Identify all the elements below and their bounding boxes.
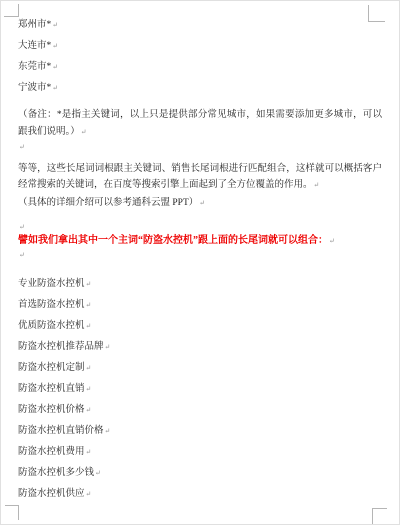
paragraph-mark: ↵	[199, 199, 205, 207]
body-paragraph-text: 等等，这些长尾词词根跟主关键词、销售长尾词根进行匹配组合，这样就可以概括客户经常…	[18, 164, 382, 190]
city-line: 东莞市*↵	[18, 57, 384, 78]
empty-paragraph: ↵	[18, 248, 384, 262]
paragraph-mark: ↵	[95, 469, 101, 477]
keyword-line-text: 防盗水控机定制	[18, 363, 85, 373]
ppt-reference-text: （具体的详细介绍可以参考通科云盟 PPT）	[18, 198, 198, 208]
keyword-line: 防盗水控机供应↵	[18, 484, 384, 505]
paragraph-mark: ↵	[19, 223, 25, 231]
keyword-line: 专业防盗水控机↵	[18, 274, 384, 295]
paragraph-mark: ↵	[105, 343, 111, 351]
keyword-line: 优质防盗水控机↵	[18, 316, 384, 337]
keyword-line-text: 防盗水控机直销价格	[18, 426, 104, 436]
city-line-text: 大连市*	[18, 41, 51, 51]
keyword-line: 首选防盗水控机↵	[18, 295, 384, 316]
text-boundary-corner-bottom-right	[372, 508, 387, 525]
keyword-line-text: 防盗水控机供应	[18, 489, 85, 499]
paragraph-mark: ↵	[86, 406, 92, 414]
keyword-line-text: 优质防盗水控机	[18, 321, 85, 331]
city-line-text: 宁波市*	[18, 83, 51, 93]
keyword-line: 防盗水控机推荐品牌↵	[18, 337, 384, 358]
highlight-heading-text: 譬如我们拿出其中一个主词“防盗水控机”跟上面的长尾词就可以组合：	[18, 235, 328, 246]
ppt-reference-paragraph: （具体的详细介绍可以参考通科云盟 PPT）↵	[18, 196, 384, 211]
document-edit-area[interactable]: 郑州市*↵ 大连市*↵ 东莞市*↵ 宁波市*↵ （备注：*是指主关键词，以上只是…	[18, 15, 384, 505]
paragraph-mark: ↵	[19, 143, 25, 151]
keyword-line-text: 防盗水控机价格	[18, 405, 85, 415]
keyword-line-text: 防盗水控机费用	[18, 447, 85, 457]
body-paragraph: 等等，这些长尾词词根跟主关键词、销售长尾词根进行匹配组合，这样就可以概括客户经常…	[18, 162, 382, 193]
city-line-text: 东莞市*	[18, 62, 51, 72]
keyword-line: 防盗水控机费用↵	[18, 442, 384, 463]
paragraph-mark: ↵	[81, 128, 87, 136]
city-line: 宁波市*↵	[18, 78, 384, 99]
city-line: 郑州市*↵	[18, 15, 384, 36]
highlight-heading: 譬如我们拿出其中一个主词“防盗水控机”跟上面的长尾词就可以组合：↵	[18, 234, 384, 248]
longtail-keyword-list: 专业防盗水控机↵ 首选防盗水控机↵ 优质防盗水控机↵ 防盗水控机推荐品牌↵ 防盗…	[18, 274, 384, 505]
paragraph-mark: ↵	[19, 251, 25, 259]
empty-paragraph: ↵	[18, 220, 384, 234]
keyword-line-text: 首选防盗水控机	[18, 300, 85, 310]
note-paragraph: （备注：*是指主关键词，以上只是提供部分常见城市，如果需要添加更多城市，可以跟我…	[18, 107, 382, 140]
text-boundary-corner-bottom-left	[5, 505, 19, 520]
paragraph-mark: ↵	[52, 21, 58, 29]
keyword-line-text: 防盗水控机多少钱	[18, 468, 94, 478]
paragraph-mark: ↵	[86, 280, 92, 288]
keyword-line-text: 专业防盗水控机	[18, 279, 85, 289]
paragraph-mark: ↵	[329, 237, 335, 245]
paragraph-mark: ↵	[86, 490, 92, 498]
paragraph-mark: ↵	[86, 385, 92, 393]
city-line: 大连市*↵	[18, 36, 384, 57]
keyword-line: 防盗水控机直销↵	[18, 379, 384, 400]
paragraph-mark: ↵	[86, 301, 92, 309]
paragraph-mark: ↵	[52, 63, 58, 71]
paragraph-mark: ↵	[52, 42, 58, 50]
paragraph-mark: ↵	[86, 448, 92, 456]
city-keyword-list: 郑州市*↵ 大连市*↵ 东莞市*↵ 宁波市*↵	[18, 15, 384, 99]
paragraph-mark: ↵	[314, 181, 320, 189]
paragraph-mark: ↵	[86, 364, 92, 372]
keyword-line: 防盗水控机多少钱↵	[18, 463, 384, 484]
paragraph-mark: ↵	[52, 84, 58, 92]
paragraph-mark: ↵	[105, 427, 111, 435]
word-document-page: 郑州市*↵ 大连市*↵ 东莞市*↵ 宁波市*↵ （备注：*是指主关键词，以上只是…	[0, 0, 400, 525]
note-text: （备注：*是指主关键词，以上只是提供部分常见城市，如果需要添加更多城市，可以跟我…	[18, 110, 382, 137]
text-boundary-corner-top-left	[4, 4, 19, 17]
keyword-line-text: 防盗水控机直销	[18, 384, 85, 394]
keyword-line: 防盗水控机价格↵	[18, 400, 384, 421]
city-line-text: 郑州市*	[18, 20, 51, 30]
keyword-line: 防盗水控机定制↵	[18, 358, 384, 379]
paragraph-mark: ↵	[86, 322, 92, 330]
keyword-line: 防盗水控机直销价格↵	[18, 421, 384, 442]
keyword-line-text: 防盗水控机推荐品牌	[18, 342, 104, 352]
empty-paragraph: ↵	[18, 140, 384, 154]
